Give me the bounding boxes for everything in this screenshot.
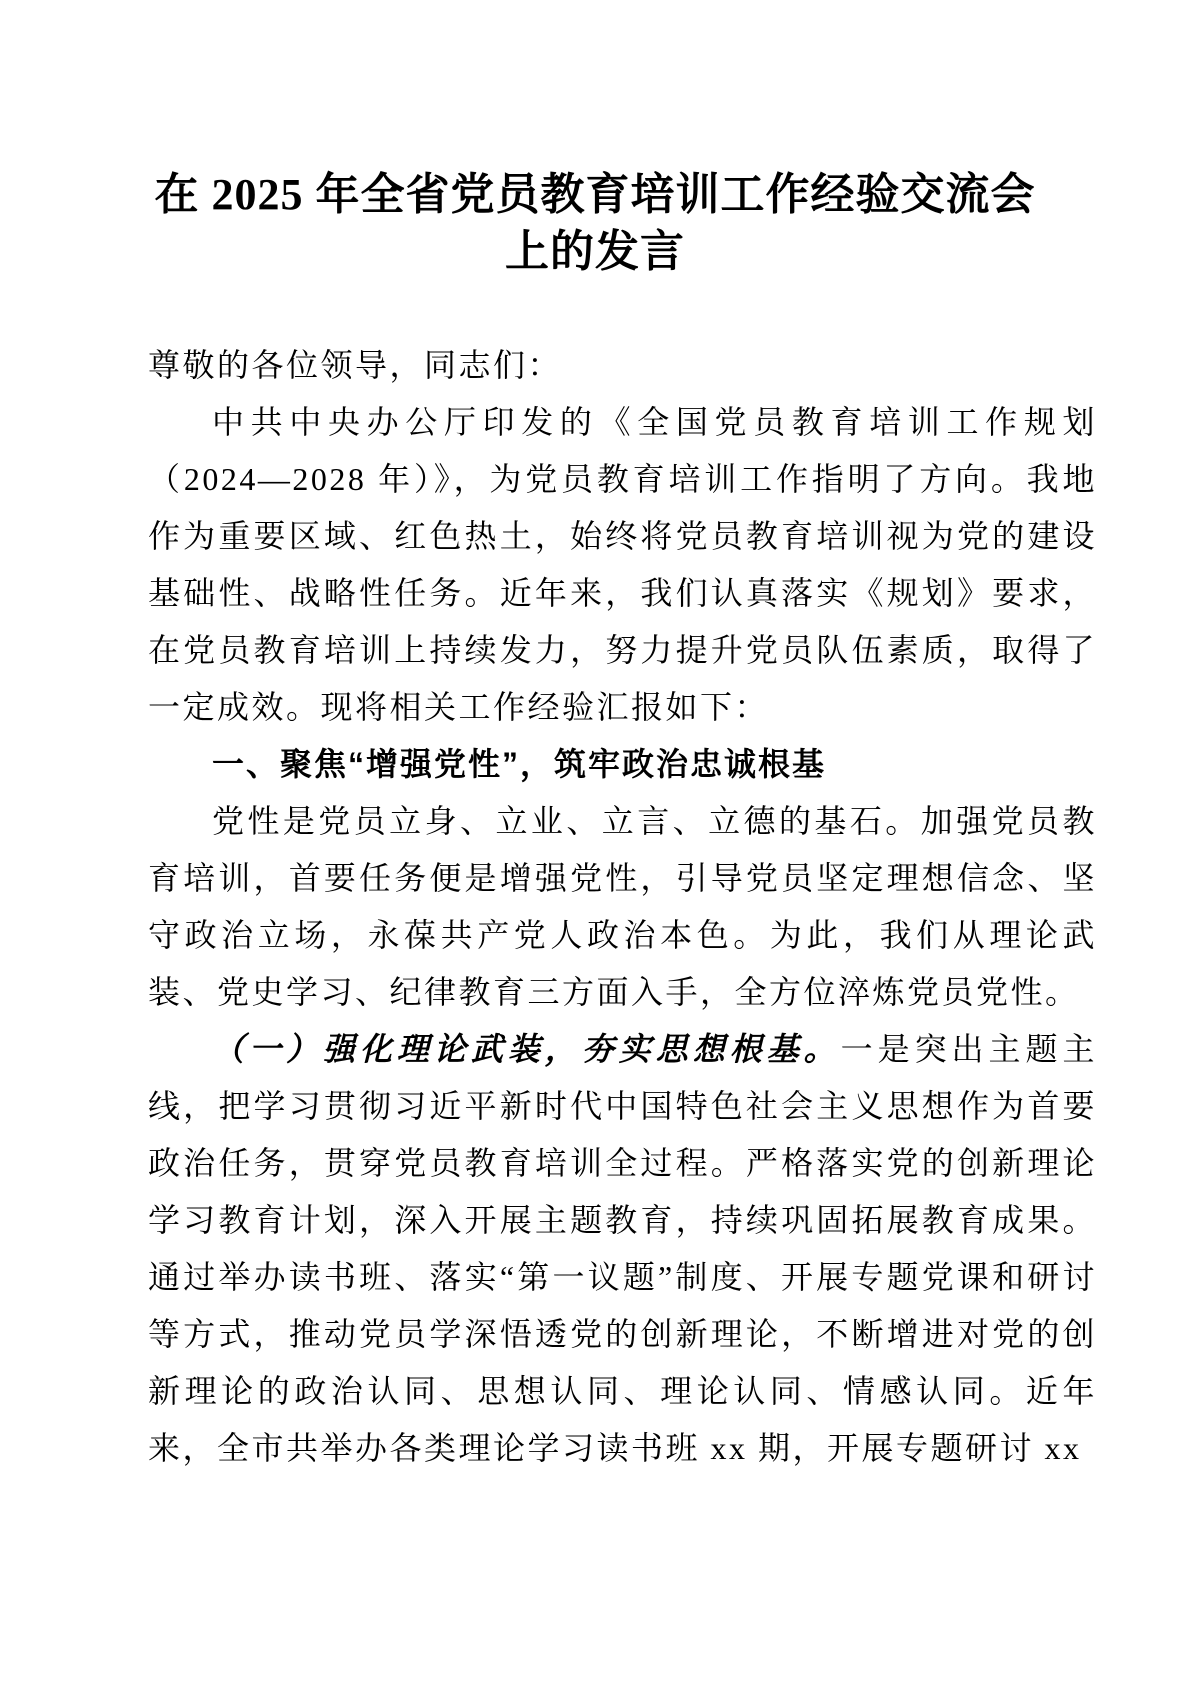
document-body: 尊敬的各位领导，同志们： 中共中央办公厅印发的《全国党员教育培训工作规划（202…: [148, 337, 1097, 1477]
paragraph-party-spirit: 党性是党员立身、立业、立言、立德的基石。加强党员教育培训，首要任务便是增强党性，…: [148, 793, 1097, 1021]
document-page: 在 2025 年全省党员教育培训工作经验交流会 上的发言 尊敬的各位领导，同志们…: [0, 0, 1190, 1683]
paragraph-theory-arming-text: 一是突出主题主线，把学习贯彻习近平新时代中国特色社会主义思想作为首要政治任务，贯…: [148, 1031, 1097, 1466]
document-title-line-1: 在 2025 年全省党员教育培训工作经验交流会: [60, 166, 1130, 223]
paragraph-introduction: 中共中央办公厅印发的《全国党员教育培训工作规划（2024—2028 年）》，为党…: [148, 394, 1097, 736]
salutation: 尊敬的各位领导，同志们：: [148, 337, 1097, 394]
document-title: 在 2025 年全省党员教育培训工作经验交流会 上的发言: [60, 166, 1130, 280]
section-heading-1: 一、聚焦“增强党性”，筑牢政治忠诚根基: [148, 736, 1097, 793]
subsection-lead-1: （一）强化理论武装，夯实思想根基。: [212, 1031, 841, 1067]
document-title-line-2: 上的发言: [60, 223, 1130, 280]
paragraph-theory-arming: （一）强化理论武装，夯实思想根基。一是突出主题主线，把学习贯彻习近平新时代中国特…: [148, 1021, 1097, 1477]
